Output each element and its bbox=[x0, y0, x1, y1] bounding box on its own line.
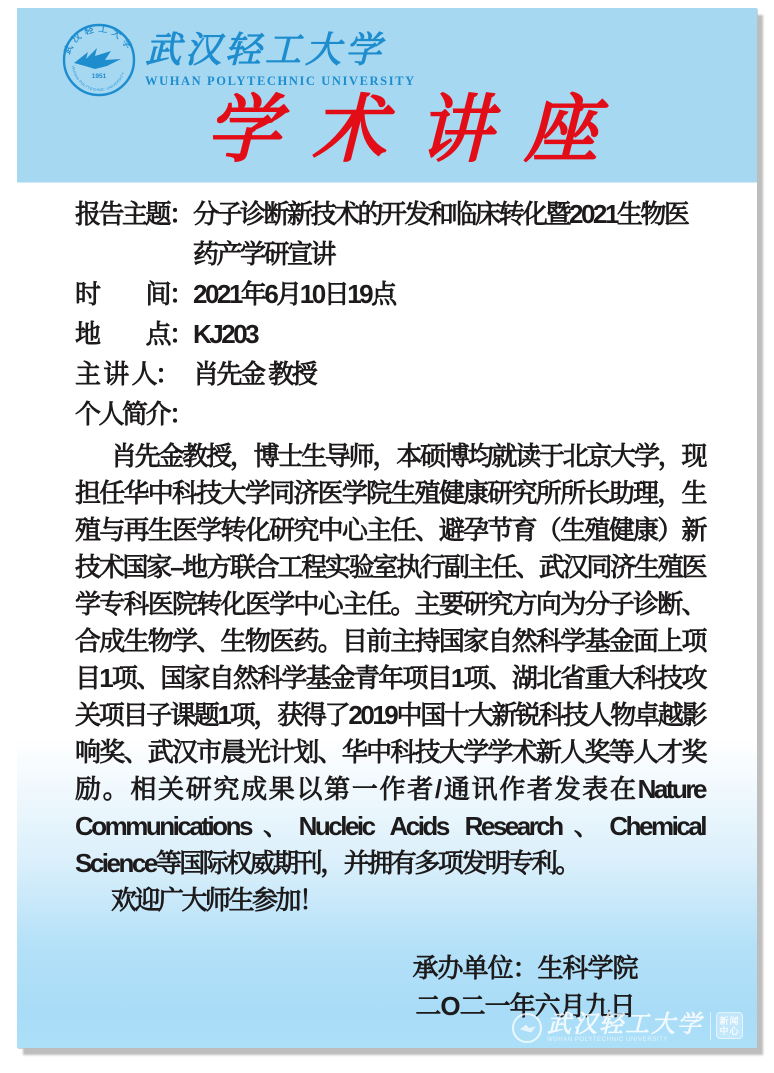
speaker-value: 肖先金 教授 bbox=[193, 354, 705, 394]
profile-row: 个人简介： bbox=[75, 394, 705, 434]
profile-label: 个人简介： bbox=[75, 394, 193, 434]
seal-arc-cn: 武汉轻工大学 bbox=[61, 23, 136, 56]
news-center-badge-icon: 新闻 中心 bbox=[716, 1012, 743, 1039]
speaker-label: 主 讲 人： bbox=[75, 354, 193, 394]
topic-value: 分子诊断新技术的开发和临床转化暨2021生物医药产学研宣讲 bbox=[193, 194, 705, 274]
watermark-text-block: 武汉轻工大学 WUHAN POLYTECHNIC UNIVERSITY bbox=[547, 1011, 703, 1044]
place-row: 地 点： KJ203 bbox=[75, 314, 705, 354]
time-row: 时 间： 2021年6月10日19点 bbox=[75, 274, 705, 314]
crane-icon bbox=[74, 48, 121, 69]
badge-text-top: 新闻 bbox=[719, 1016, 739, 1026]
watermark-divider bbox=[710, 1012, 711, 1040]
place-label: 地 点： bbox=[75, 314, 193, 354]
place-value: KJ203 bbox=[193, 314, 705, 354]
watermark-university-en: WUHAN POLYTECHNIC UNIVERSITY bbox=[547, 1037, 703, 1044]
university-name-cn: 武汉轻工大学 bbox=[145, 28, 416, 72]
time-value: 2021年6月10日19点 bbox=[193, 274, 705, 314]
welcome-line: 欢迎广大师生参加！ bbox=[75, 882, 705, 919]
badge-text-bottom: 中心 bbox=[719, 1026, 739, 1036]
topic-label: 报告主题： bbox=[75, 194, 193, 274]
lecture-poster: 武汉轻工大学 WUHAN POLYTECHNIC UNIVERSITY 1951… bbox=[17, 8, 757, 1048]
svg-text:武汉轻工大学: 武汉轻工大学 bbox=[61, 23, 136, 56]
poster-header: 武汉轻工大学 WUHAN POLYTECHNIC UNIVERSITY 1951… bbox=[17, 8, 757, 182]
organizer-line: 承办单位：生科学院 bbox=[345, 949, 705, 987]
speaker-row: 主 讲 人： 肖先金 教授 bbox=[75, 354, 705, 394]
topic-row: 报告主题： 分子诊断新技术的开发和临床转化暨2021生物医药产学研宣讲 bbox=[75, 194, 705, 274]
page-background: 武汉轻工大学 WUHAN POLYTECHNIC UNIVERSITY 1951… bbox=[0, 0, 774, 1073]
speaker-biography: 肖先金教授，博士生导师，本硕博均就读于北京大学，现担任华中科技大学同济医学院生殖… bbox=[75, 438, 705, 882]
seal-year: 1951 bbox=[92, 73, 107, 80]
poster-content: 报告主题： 分子诊断新技术的开发和临床转化暨2021生物医药产学研宣讲 时 间：… bbox=[17, 182, 757, 1025]
news-center-watermark: 武汉轻工大学 WUHAN POLYTECHNIC UNIVERSITY 新闻 中… bbox=[512, 1011, 743, 1044]
university-seal-icon: 武汉轻工大学 WUHAN POLYTECHNIC UNIVERSITY 1951 bbox=[61, 22, 137, 98]
watermark-university-cn: 武汉轻工大学 bbox=[547, 1011, 703, 1037]
time-label: 时 间： bbox=[75, 274, 193, 314]
university-name-block: 武汉轻工大学 WUHAN POLYTECHNIC UNIVERSITY bbox=[145, 22, 416, 89]
watermark-seal-icon bbox=[512, 1013, 542, 1043]
poster-title: 学术讲座 bbox=[17, 90, 757, 170]
